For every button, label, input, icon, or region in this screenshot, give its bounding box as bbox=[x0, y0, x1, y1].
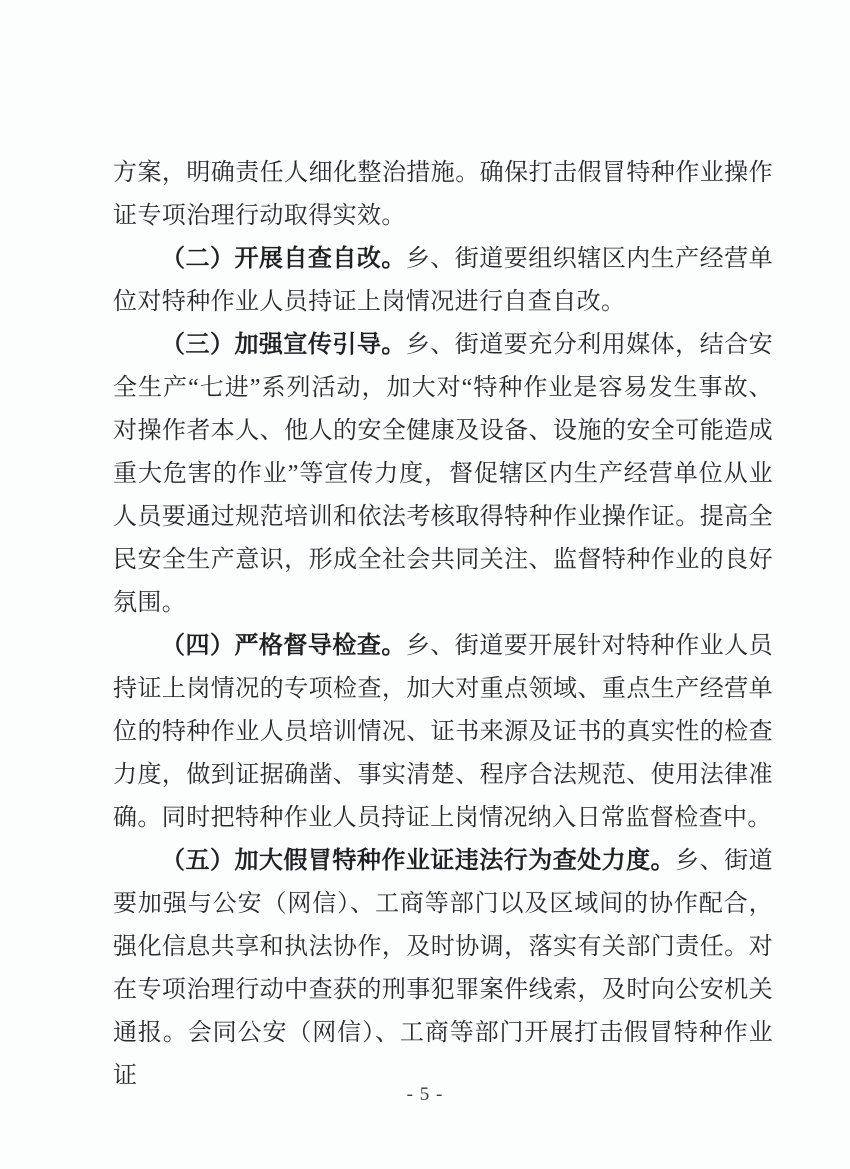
section-heading: （五）加大假冒特种作业证违法行为查处力度。 bbox=[161, 848, 675, 874]
section-heading: （四）严格督导检查。 bbox=[161, 633, 406, 659]
section-heading: （二）开展自查自改。 bbox=[161, 246, 406, 272]
paragraph-text: 乡、街道要开展针对特种作业人员持证上岗情况的专项检查，加大对重点领域、重点生产经… bbox=[113, 633, 773, 831]
paragraph-section-3: （三）加强宣传引导。乡、街道要充分利用媒体，结合安全生产“七进”系列活动，加大对… bbox=[113, 324, 773, 625]
section-heading: （三）加强宣传引导。 bbox=[161, 332, 406, 358]
paragraph-text: 方案，明确责任人细化整治措施。确保打击假冒特种作业操作证专项治理行动取得实效。 bbox=[113, 160, 773, 229]
document-page: 方案，明确责任人细化整治措施。确保打击假冒特种作业操作证专项治理行动取得实效。 … bbox=[0, 0, 850, 1169]
paragraph-text: 乡、街道要加强与公安（网信）、工商等部门以及区域间的协作配合，强化信息共享和执法… bbox=[113, 848, 773, 1089]
paragraph-continuation: 方案，明确责任人细化整治措施。确保打击假冒特种作业操作证专项治理行动取得实效。 bbox=[113, 152, 773, 238]
page-number: - 5 - bbox=[0, 1084, 850, 1106]
paragraph-section-5: （五）加大假冒特种作业证违法行为查处力度。乡、街道要加强与公安（网信）、工商等部… bbox=[113, 840, 773, 1098]
paragraph-section-2: （二）开展自查自改。乡、街道要组织辖区内生产经营单位对特种作业人员持证上岗情况进… bbox=[113, 238, 773, 324]
paragraph-text: 乡、街道要充分利用媒体，结合安全生产“七进”系列活动，加大对“特种作业是容易发生… bbox=[113, 332, 773, 616]
document-body: 方案，明确责任人细化整治措施。确保打击假冒特种作业操作证专项治理行动取得实效。 … bbox=[113, 152, 773, 1098]
paragraph-section-4: （四）严格督导检查。乡、街道要开展针对特种作业人员持证上岗情况的专项检查，加大对… bbox=[113, 625, 773, 840]
